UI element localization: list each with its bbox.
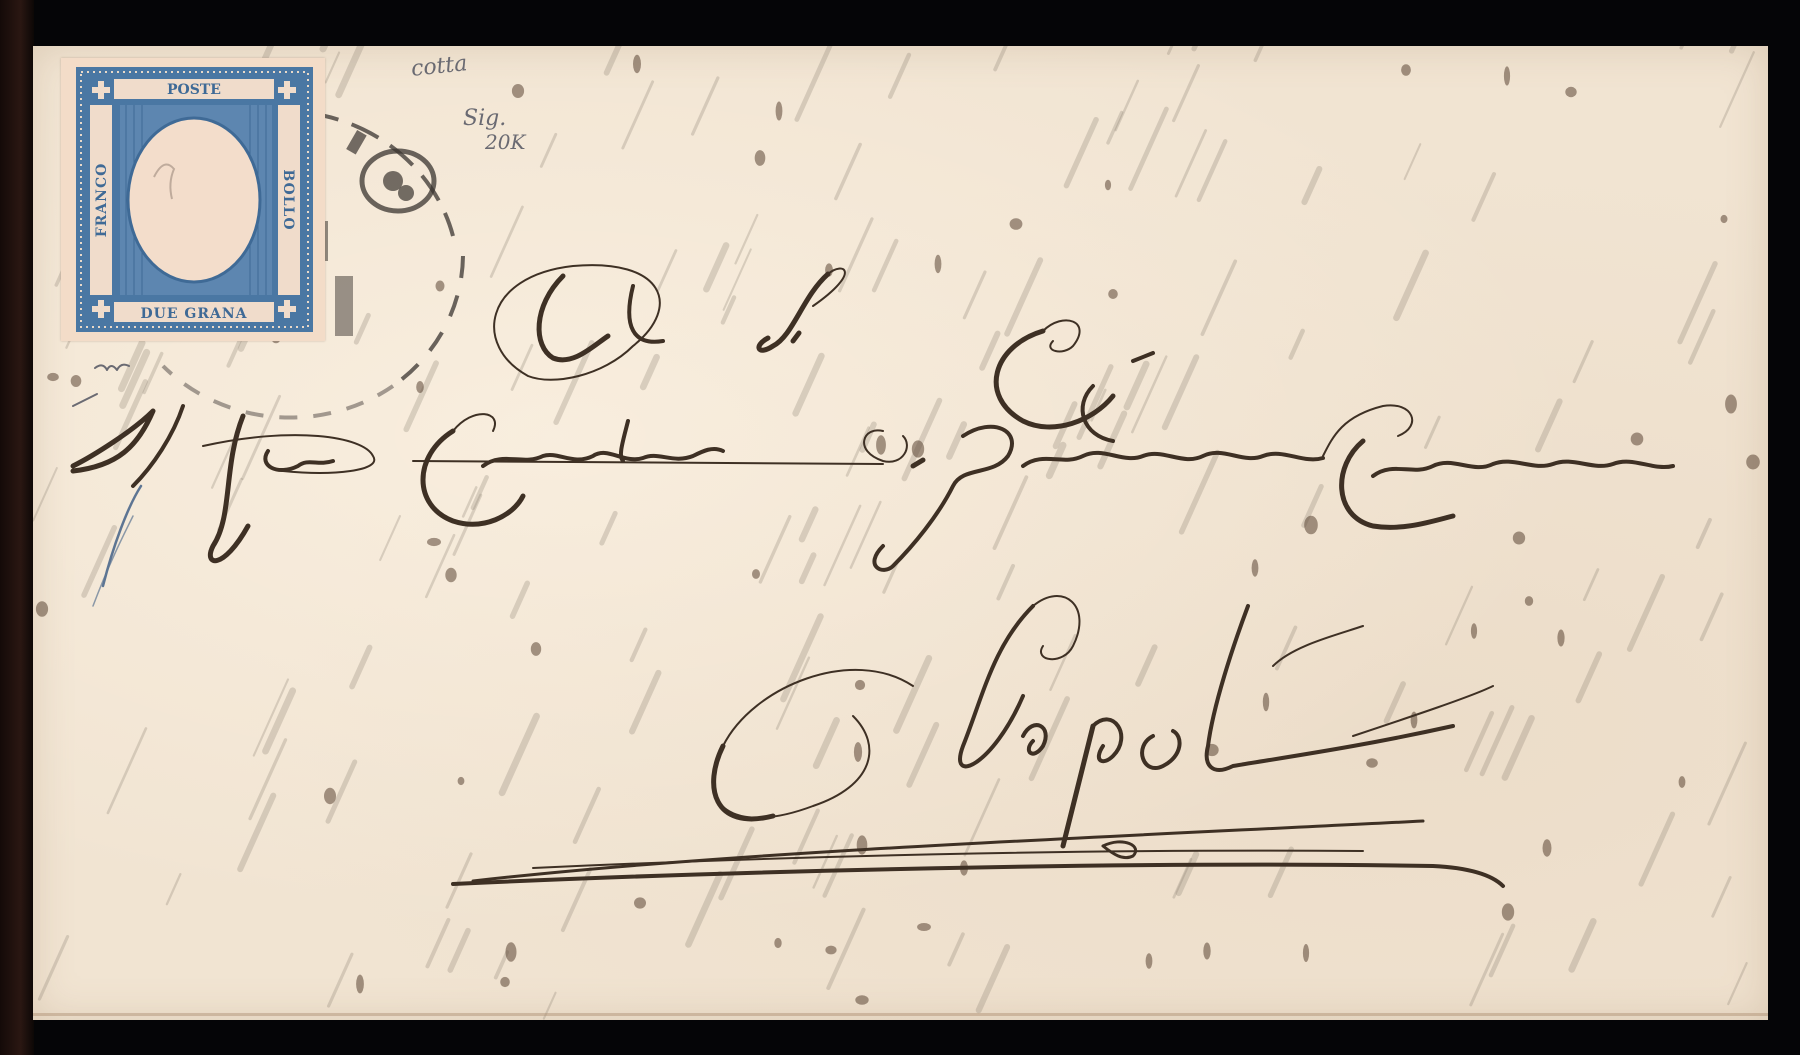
postage-stamp: POSTE DUE GRANA FRANCO BOLLO [76, 67, 313, 332]
svg-text:DUE GRANA: DUE GRANA [140, 306, 247, 322]
svg-text:BOLLO: BOLLO [280, 169, 296, 230]
envelope-fold-edge [33, 1013, 1768, 1016]
svg-text:FRANCO: FRANCO [94, 163, 110, 238]
svg-text:POSTE: POSTE [167, 82, 221, 98]
letter-cover: G POSTE DUE GRANA FRA [33, 46, 1768, 1020]
pencil-note-price: 20K [485, 130, 525, 154]
background-frame [0, 0, 34, 1055]
pencil-note-signature: Sig. [463, 106, 506, 131]
